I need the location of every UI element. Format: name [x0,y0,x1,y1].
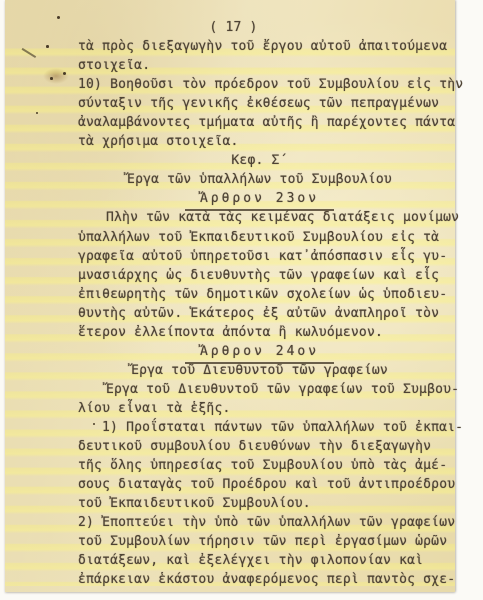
text-line: τὰ χρήσιμα στοιχεῖα. [78,132,441,151]
text-line: ἀναλαμβάνοντες τμήματα αὐτῆς ἢ παρέχοντε… [78,113,441,132]
text-line: στοιχεῖα. [78,56,441,75]
article-24-heading: Ἄρθρον 24ον [78,342,441,361]
text-line: τοῦ Συμβουλίων τήρησιν τῶν περὶ ἐργασίμω… [78,532,441,551]
text-line: γραφεῖα αὐτοῦ ὑπηρετοῦσι κατ᾽ἀπόσπασιν ε… [78,247,441,266]
text-line: τὰ πρὸς διεξαγωγὴν τοῦ ἔργου αὐτοῦ ἀπαιτ… [78,37,441,56]
text-line: τῆς ὅλης ὑπηρεσίας τοῦ Συμβουλίου ὑπὸ τὰ… [78,456,441,475]
article-23-heading: Ἄρθρον 23ον [78,189,441,208]
text-line: ἐπιθεωρητὴς τῶν δημοτικῶν σχολείων ὡς ὑπ… [78,285,441,304]
text-line: ἕτερον ἐλλείποντα ἀπόντα ἢ κωλυόμενον. [78,323,441,342]
text-line: Ἔργα τοῦ Διευθυντοῦ τῶν γραφείων τοῦ Συμ… [78,380,441,399]
text-line: λίου εἶναι τὰ ἑξῆς. [78,399,441,418]
text-line: σους διαταγὰς τοῦ Προέδρου καὶ τοῦ ἀντιπ… [78,475,441,494]
chapter-heading: Κεφ. Σ΄ [78,151,441,170]
text-line: 10) Βοηθοῦσι τὸν πρόεδρον τοῦ Συμβουλίου… [78,75,441,94]
article-24-subtitle: Ἔργα τοῦ Διευθυντοῦ τῶν γραφείων [78,361,441,380]
text-line: διατάξεων, καὶ ἐξελέγχει τὴν φιλοπονίαν … [78,551,441,570]
document-text: ( 17 ) τὰ πρὸς διεξαγωγὴν τοῦ ἔργου αὐτο… [5,18,455,589]
text-line: ὑπαλλήλων τοῦ Ἐκπαιδευτικοῦ Συμβουλίου ε… [78,228,441,247]
section-title: Ἔργα τῶν ὑπαλλήλων τοῦ Συμβουλίου [78,170,441,189]
text-line: μνασιάρχης ὡς διευθυντὴς τῶν γραφείων κα… [78,266,441,285]
text-line: 1) Προΐσταται πάντων τῶν ὑπαλλήλων τοῦ ἐ… [78,418,441,437]
text-line: Πλὴν τῶν κατὰ τὰς κειμένας διατάξεις μον… [78,208,441,227]
text-line: ἐπάρκειαν ἑκάστου ἀναφερόμενος περὶ παντ… [78,570,441,589]
text-line: δευτικοῦ συμβουλίου διευθύνων τὴν διεξαγ… [78,437,441,456]
text-line: τοῦ Ἐκπαιδευτικοῦ Συμβουλίου. [78,494,441,513]
document-page: ( 17 ) τὰ πρὸς διεξαγωγὴν τοῦ ἔργου αὐτο… [5,0,455,592]
page-number: ( 17 ) [52,18,415,37]
text-line: σύνταξιν τῆς γενικῆς ἐκθέσεως τῶν πεπραγ… [78,94,441,113]
text-line: θυντὴς αὐτῶν. Ἑκάτερος ἐξ αὐτῶν ἀναπληρο… [78,304,441,323]
text-line: 2) Ἐποπτεύει τὴν ὑπὸ τῶν ὑπαλλήλων τῶν γ… [78,513,441,532]
